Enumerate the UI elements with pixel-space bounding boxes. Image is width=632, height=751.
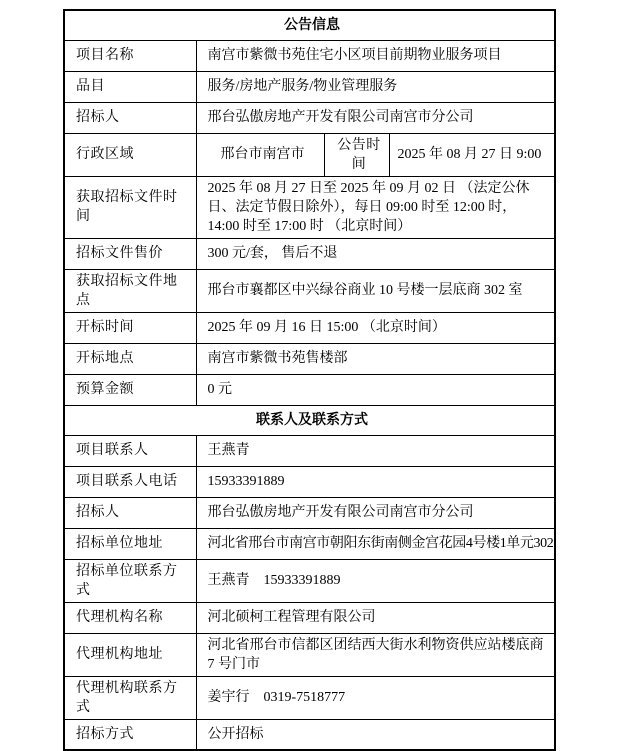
doc-price-value: 300 元/套， 售后不退: [196, 238, 555, 269]
announce-time-label: 公告时间: [324, 133, 389, 176]
table-row: 招标单位地址 河北省邢台市南宫市朝阳东街南侧金宫花园4号楼1单元302: [64, 528, 555, 559]
bid-opening-time-label: 开标时间: [64, 312, 196, 343]
agency-address-label: 代理机构地址: [64, 633, 196, 676]
budget-amount-label: 预算金额: [64, 374, 196, 405]
bid-opening-place-label: 开标地点: [64, 343, 196, 374]
tenderee-label: 招标人: [64, 102, 196, 133]
announce-time-value: 2025 年 08 月 27 日 9:00: [389, 133, 555, 176]
bid-opening-time-value: 2025 年 09 月 16 日 15:00 （北京时间）: [196, 312, 555, 343]
category-label: 品目: [64, 71, 196, 102]
table-row: 招标方式 公开招标: [64, 719, 555, 750]
project-name-value: 南宫市紫微书苑住宅小区项目前期物业服务项目: [196, 40, 555, 71]
table-row: 招标文件售价 300 元/套， 售后不退: [64, 238, 555, 269]
doc-obtain-time-value: 2025 年 08 月 27 日至 2025 年 09 月 02 日 （法定公休…: [196, 176, 555, 238]
agency-address-value: 河北省邢台市信都区团结西大街水利物资供应站楼底商 7 号门市: [196, 633, 555, 676]
table-row: 项目名称 南宫市紫微书苑住宅小区项目前期物业服务项目: [64, 40, 555, 71]
section1-title: 公告信息: [64, 10, 555, 40]
table-row: 获取招标文件地点 邢台市襄都区中兴绿谷商业 10 号楼一层底商 302 室: [64, 269, 555, 312]
project-contact-phone-label: 项目联系人电话: [64, 466, 196, 497]
table-row: 获取招标文件时间 2025 年 08 月 27 日至 2025 年 09 月 0…: [64, 176, 555, 238]
category-value: 服务/房地产服务/物业管理服务: [196, 71, 555, 102]
bid-opening-place-value: 南宫市紫微书苑售楼部: [196, 343, 555, 374]
tenderee-contact-value: 王燕青 15933391889: [196, 559, 555, 602]
bidding-method-label: 招标方式: [64, 719, 196, 750]
table-row: 项目联系人 王燕青: [64, 435, 555, 466]
doc-obtain-time-label: 获取招标文件时间: [64, 176, 196, 238]
project-contact-value: 王燕青: [196, 435, 555, 466]
doc-obtain-place-label: 获取招标文件地点: [64, 269, 196, 312]
doc-price-label: 招标文件售价: [64, 238, 196, 269]
table-row: 代理机构地址 河北省邢台市信都区团结西大街水利物资供应站楼底商 7 号门市: [64, 633, 555, 676]
table-row: 招标单位联系方式 王燕青 15933391889: [64, 559, 555, 602]
announcement-table: 公告信息 项目名称 南宫市紫微书苑住宅小区项目前期物业服务项目 品目 服务/房地…: [63, 9, 556, 751]
agency-name-label: 代理机构名称: [64, 602, 196, 633]
section2-title: 联系人及联系方式: [64, 405, 555, 435]
project-contact-label: 项目联系人: [64, 435, 196, 466]
tenderee2-label: 招标人: [64, 497, 196, 528]
section1-title-row: 公告信息: [64, 10, 555, 40]
tenderee-value: 邢台弘傲房地产开发有限公司南宫市分公司: [196, 102, 555, 133]
table-row: 招标人 邢台弘傲房地产开发有限公司南宫市分公司: [64, 497, 555, 528]
bidding-method-value: 公开招标: [196, 719, 555, 750]
budget-amount-value: 0 元: [196, 374, 555, 405]
table-row: 开标地点 南宫市紫微书苑售楼部: [64, 343, 555, 374]
region-row: 行政区域 邢台市南宫市 公告时间 2025 年 08 月 27 日 9:00: [64, 133, 555, 176]
table-row: 代理机构名称 河北硕柯工程管理有限公司: [64, 602, 555, 633]
table-row: 项目联系人电话 15933391889: [64, 466, 555, 497]
tenderee2-value: 邢台弘傲房地产开发有限公司南宫市分公司: [196, 497, 555, 528]
project-name-label: 项目名称: [64, 40, 196, 71]
announcement-document: 公告信息 项目名称 南宫市紫微书苑住宅小区项目前期物业服务项目 品目 服务/房地…: [0, 0, 632, 751]
tenderee-contact-label: 招标单位联系方式: [64, 559, 196, 602]
admin-region-label: 行政区域: [64, 133, 196, 176]
agency-name-value: 河北硕柯工程管理有限公司: [196, 602, 555, 633]
tenderee-address-label: 招标单位地址: [64, 528, 196, 559]
table-row: 开标时间 2025 年 09 月 16 日 15:00 （北京时间）: [64, 312, 555, 343]
doc-obtain-place-value: 邢台市襄都区中兴绿谷商业 10 号楼一层底商 302 室: [196, 269, 555, 312]
admin-region-value: 邢台市南宫市: [196, 133, 324, 176]
table-row: 预算金额 0 元: [64, 374, 555, 405]
project-contact-phone-value: 15933391889: [196, 466, 555, 497]
tenderee-address-value: 河北省邢台市南宫市朝阳东街南侧金宫花园4号楼1单元302: [196, 528, 555, 559]
table-row: 品目 服务/房地产服务/物业管理服务: [64, 71, 555, 102]
section2-title-row: 联系人及联系方式: [64, 405, 555, 435]
table-row: 招标人 邢台弘傲房地产开发有限公司南宫市分公司: [64, 102, 555, 133]
